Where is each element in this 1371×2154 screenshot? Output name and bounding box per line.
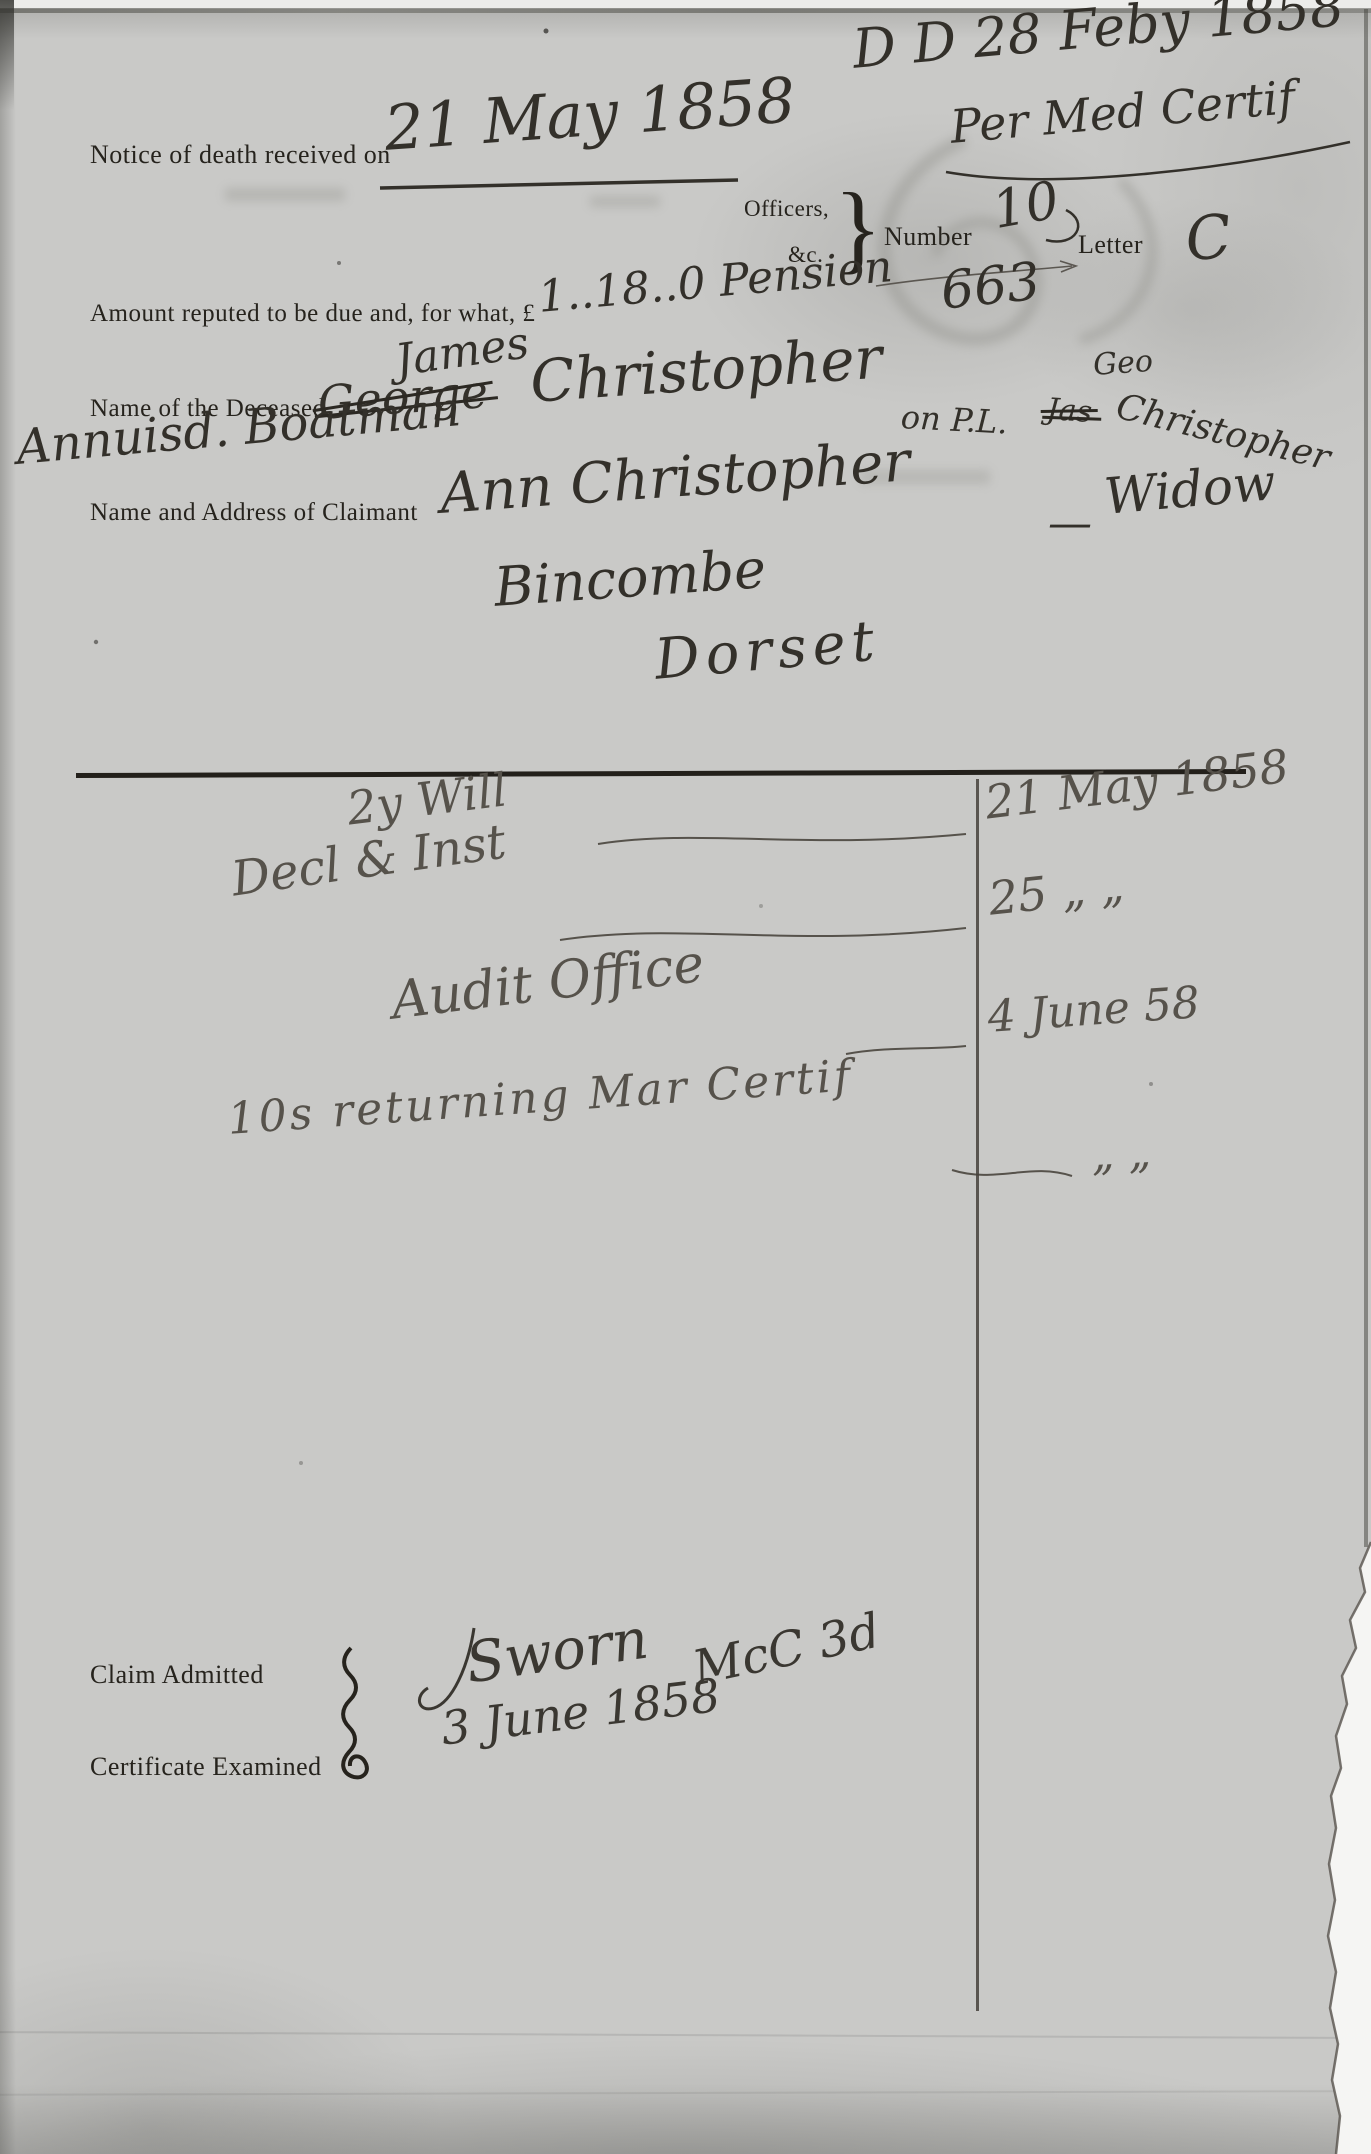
officers-label-line1: Officers, bbox=[744, 196, 829, 222]
case-number-value: 663 bbox=[938, 252, 1043, 322]
scanned-claim-form-page: Notice of death received on Officers, &c… bbox=[0, 0, 1371, 2154]
number-label: Number bbox=[884, 222, 972, 252]
number-value: 10 bbox=[988, 171, 1064, 242]
deceased-note-struck: Jas bbox=[1046, 392, 1094, 430]
register-row-date: „ „ bbox=[1090, 1127, 1152, 1181]
ink-specks bbox=[0, 0, 2, 2]
scan-left-edge-shadow bbox=[0, 0, 14, 110]
letter-value: C bbox=[1182, 201, 1235, 275]
notice-of-death-label: Notice of death received on bbox=[90, 140, 391, 170]
amount-label: Amount reputed to be due and, for what, … bbox=[90, 300, 535, 328]
letter-label: Letter bbox=[1078, 230, 1143, 260]
claimant-dash: — bbox=[1048, 498, 1092, 549]
deceased-note-corrected: Geo bbox=[1092, 344, 1154, 383]
claimant-label: Name and Address of Claimant bbox=[90, 499, 418, 527]
deceased-note-prefix: on P.L. bbox=[900, 398, 1009, 442]
scan-right-edge bbox=[1364, 9, 1368, 1547]
claim-admitted-label: Claim Admitted bbox=[90, 1660, 264, 1690]
column-divider-rule bbox=[976, 779, 979, 2011]
certificate-examined-label: Certificate Examined bbox=[90, 1752, 322, 1782]
